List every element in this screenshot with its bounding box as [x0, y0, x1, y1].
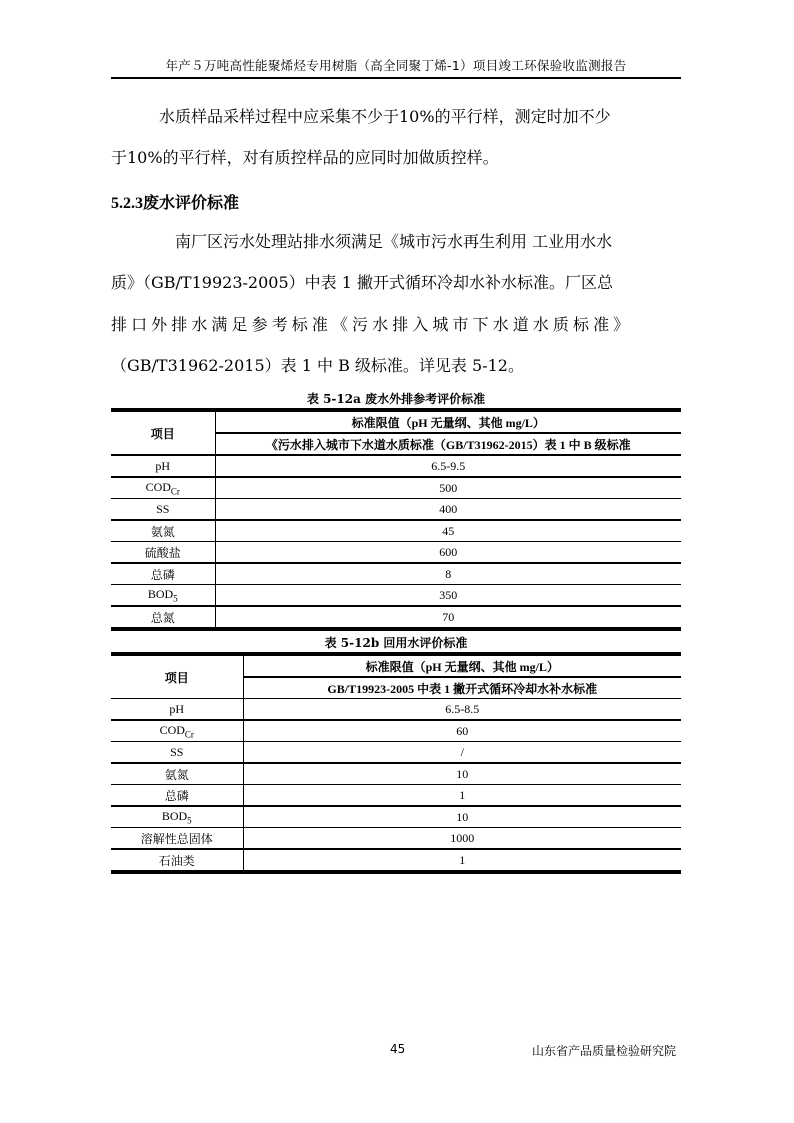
table-row: 氨氮45: [111, 520, 681, 542]
section-heading: 5.2.3废水评价标准: [111, 190, 239, 213]
table-row: 总氮70: [111, 606, 681, 629]
table-row: SS/: [111, 742, 681, 764]
footer-organization: 山东省产品质量检验研究院: [532, 1042, 676, 1059]
table-row: 石油类1: [111, 849, 681, 872]
table-a-header-item: 项目: [111, 410, 215, 455]
table-row: SS400: [111, 499, 681, 521]
table-row: pH6.5-8.5: [111, 699, 681, 721]
paragraph-1-line-1: 水质样品采样过程中应采集不少于10%的平行样，测定时加不少: [111, 107, 681, 127]
table-row: 总磷1: [111, 785, 681, 807]
table-b-caption: 表 5-12b 回用水评价标准: [111, 634, 681, 651]
paragraph-2-line-1: 南厂区污水处理站排水须满足《城市污水再生利用 工业用水水: [111, 232, 681, 252]
table-row: 总磷8: [111, 563, 681, 585]
table-a-caption: 表 5-12a 废水外排参考评价标准: [111, 390, 681, 407]
table-row: 溶解性总固体1000: [111, 828, 681, 850]
table-a: 项目 标准限值（pH 无量纲、其他 mg/L） 《污水排入城市下水道水质标准（G…: [111, 408, 681, 631]
table-row: CODCr60: [111, 720, 681, 742]
paragraph-2-line-3: 排 口 外 排 水 满 足 参 考 标 准 《 污 水 排 入 城 市 下 水 …: [111, 315, 681, 335]
table-row: BOD510: [111, 806, 681, 828]
header-rule: [111, 77, 681, 79]
paragraph-1-line-2: 于10%的平行样，对有质控样品的应同时加做质控样。: [111, 148, 681, 168]
running-header: 年产５万吨高性能聚烯烃专用树脂（高全同聚丁烯-1）项目竣工环保验收监测报告: [111, 56, 681, 74]
table-b: 项目 标准限值（pH 无量纲、其他 mg/L） GB/T19923-2005 中…: [111, 652, 681, 874]
table-a-header-standard: 《污水排入城市下水道水质标准（GB/T31962-2015）表 1 中 B 级标…: [215, 433, 681, 455]
table-a-header-limit: 标准限值（pH 无量纲、其他 mg/L）: [215, 410, 681, 433]
table-row: 硫酸盐600: [111, 542, 681, 564]
table-row: 氨氮10: [111, 763, 681, 785]
table-b-header-limit: 标准限值（pH 无量纲、其他 mg/L）: [243, 654, 681, 677]
page-number: 45: [390, 1042, 405, 1056]
paragraph-2-line-4: （GB/T31962-2015）表 1 中 B 级标准。详见表 5-12。: [111, 356, 681, 376]
table-row: pH6.5-9.5: [111, 455, 681, 477]
table-row: CODCr500: [111, 477, 681, 499]
table-b-header-standard: GB/T19923-2005 中表 1 撇开式循环冷却水补水标准: [243, 677, 681, 699]
paragraph-2-line-2: 质》（GB/T19923-2005）中表 1 撇开式循环冷却水补水标准。厂区总: [111, 273, 681, 293]
table-b-header-item: 项目: [111, 654, 243, 699]
table-row: BOD5350: [111, 585, 681, 607]
